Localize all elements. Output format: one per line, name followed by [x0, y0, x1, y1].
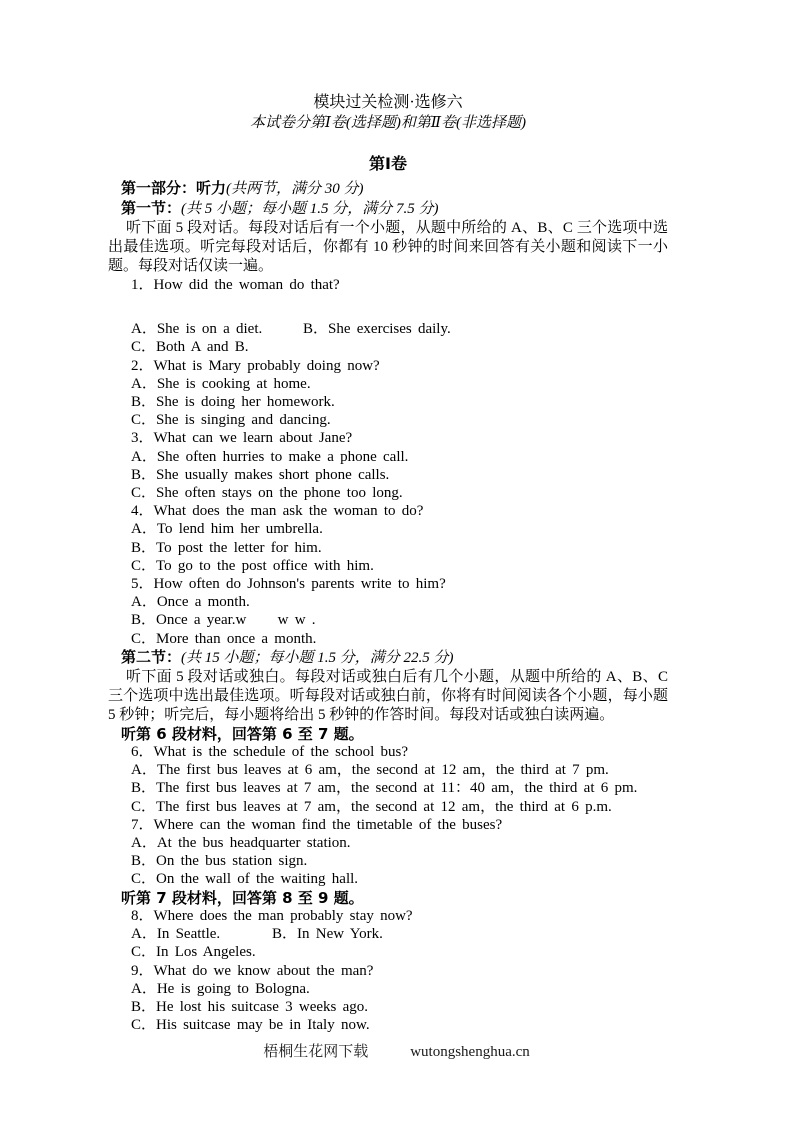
- part1-heading-note: (共两节，满分 30 分): [226, 181, 364, 197]
- option-8c: C．In Los Angeles.: [108, 943, 668, 961]
- question-1: 1．How did the woman do that?: [108, 276, 668, 294]
- section2-heading-bold: 第二节：: [121, 648, 181, 666]
- section1-heading: 第一节：(共 5 小题；每小题 1.5 分，满分 7.5 分): [108, 199, 668, 219]
- question-7: 7．Where can the woman find the timetable…: [108, 816, 668, 834]
- option-1c: C．Both A and B.: [108, 338, 668, 356]
- question-5: 5．How often do Johnson's parents write t…: [108, 575, 668, 593]
- question-6: 6．What is the schedule of the school bus…: [108, 743, 668, 761]
- option-9c: C．His suitcase may be in Italy now.: [108, 1016, 668, 1034]
- blank-gap: [108, 294, 668, 320]
- material6-heading: 听第 6 段材料，回答第 6 至 7 题。: [108, 725, 668, 743]
- option-3c: C．She often stays on the phone too long.: [108, 484, 668, 502]
- option-2b: B．She is doing her homework.: [108, 393, 668, 411]
- option-6a: A．The first bus leaves at 6 am，the secon…: [108, 761, 668, 779]
- volume-heading: 第Ⅰ卷: [108, 154, 668, 174]
- section2-instructions: 听下面 5 段对话或独白。每段对话或独白后有几个小题，从题中所给的 A、B、C …: [108, 668, 668, 725]
- question-4: 4．What does the man ask the woman to do?: [108, 502, 668, 520]
- option-5c: C．More than once a month.: [108, 630, 668, 648]
- option-8a: A．In Seattle.: [131, 925, 272, 943]
- question-9: 9．What do we know about the man?: [108, 962, 668, 980]
- question-2: 2．What is Mary probably doing now?: [108, 357, 668, 375]
- option-6b: B．The first bus leaves at 7 am，the secon…: [108, 779, 668, 797]
- option-4a: A．To lend him her umbrella.: [108, 520, 668, 538]
- exam-document-page: 模块过关检测·选修六 本试卷分第Ⅰ卷(选择题)和第Ⅱ卷(非选择题) 第Ⅰ卷 第一…: [0, 0, 793, 1122]
- question-3: 3．What can we learn about Jane?: [108, 429, 668, 447]
- options-8ab: A．In Seattle.B．In New York.: [108, 925, 668, 943]
- question-8: 8．Where does the man probably stay now?: [108, 907, 668, 925]
- option-2a: A．She is cooking at home.: [108, 375, 668, 393]
- option-4c: C．To go to the post office with him.: [108, 557, 668, 575]
- exam-content: 模块过关检测·选修六 本试卷分第Ⅰ卷(选择题)和第Ⅱ卷(非选择题) 第Ⅰ卷 第一…: [108, 93, 668, 1034]
- option-9a: A．He is going to Bologna.: [108, 980, 668, 998]
- option-2c: C．She is singing and dancing.: [108, 411, 668, 429]
- section1-heading-note: (共 5 小题；每小题 1.5 分，满分 7.5 分): [181, 201, 439, 217]
- page-footer: 梧桐生花网下载wutongshenghua.cn: [0, 1040, 793, 1061]
- option-3a: A．She often hurries to make a phone call…: [108, 448, 668, 466]
- option-4b: B．To post the letter for him.: [108, 539, 668, 557]
- doc-title: 模块过关检测·选修六: [108, 93, 668, 113]
- option-7b: B．On the bus station sign.: [108, 852, 668, 870]
- option-7a: A．At the bus headquarter station.: [108, 834, 668, 852]
- section2-heading: 第二节：(共 15 小题；每小题 1.5 分，满分 22.5 分): [108, 648, 668, 668]
- options-1ab: A．She is on a diet.B．She exercises daily…: [108, 320, 668, 338]
- footer-site-name: 梧桐生花网下载: [263, 1044, 368, 1060]
- option-1b: B．She exercises daily.: [303, 321, 451, 337]
- section1-instructions: 听下面 5 段对话。每段对话后有一个小题，从题中所给的 A、B、C 三个选项中选…: [108, 219, 668, 276]
- section1-heading-bold: 第一节：: [121, 199, 181, 217]
- option-9b: B．He lost his suitcase 3 weeks ago.: [108, 998, 668, 1016]
- part1-heading-bold: 第一部分：听力: [121, 179, 226, 197]
- option-5b: B．Once a year.w w w .: [108, 611, 668, 629]
- option-3b: B．She usually makes short phone calls.: [108, 466, 668, 484]
- option-7c: C．On the wall of the waiting hall.: [108, 870, 668, 888]
- part1-heading: 第一部分：听力(共两节，满分 30 分): [108, 179, 668, 199]
- option-1a: A．She is on a diet.: [131, 320, 303, 338]
- footer-site-url: wutongshenghua.cn: [410, 1044, 530, 1060]
- option-5a: A．Once a month.: [108, 593, 668, 611]
- option-6c: C．The first bus leaves at 7 am，the secon…: [108, 798, 668, 816]
- option-8b: B．In New York.: [272, 926, 383, 942]
- material7-heading: 听第 7 段材料，回答第 8 至 9 题。: [108, 889, 668, 907]
- section2-heading-note: (共 15 小题；每小题 1.5 分，满分 22.5 分): [181, 650, 454, 666]
- doc-subtitle: 本试卷分第Ⅰ卷(选择题)和第Ⅱ卷(非选择题): [108, 113, 668, 133]
